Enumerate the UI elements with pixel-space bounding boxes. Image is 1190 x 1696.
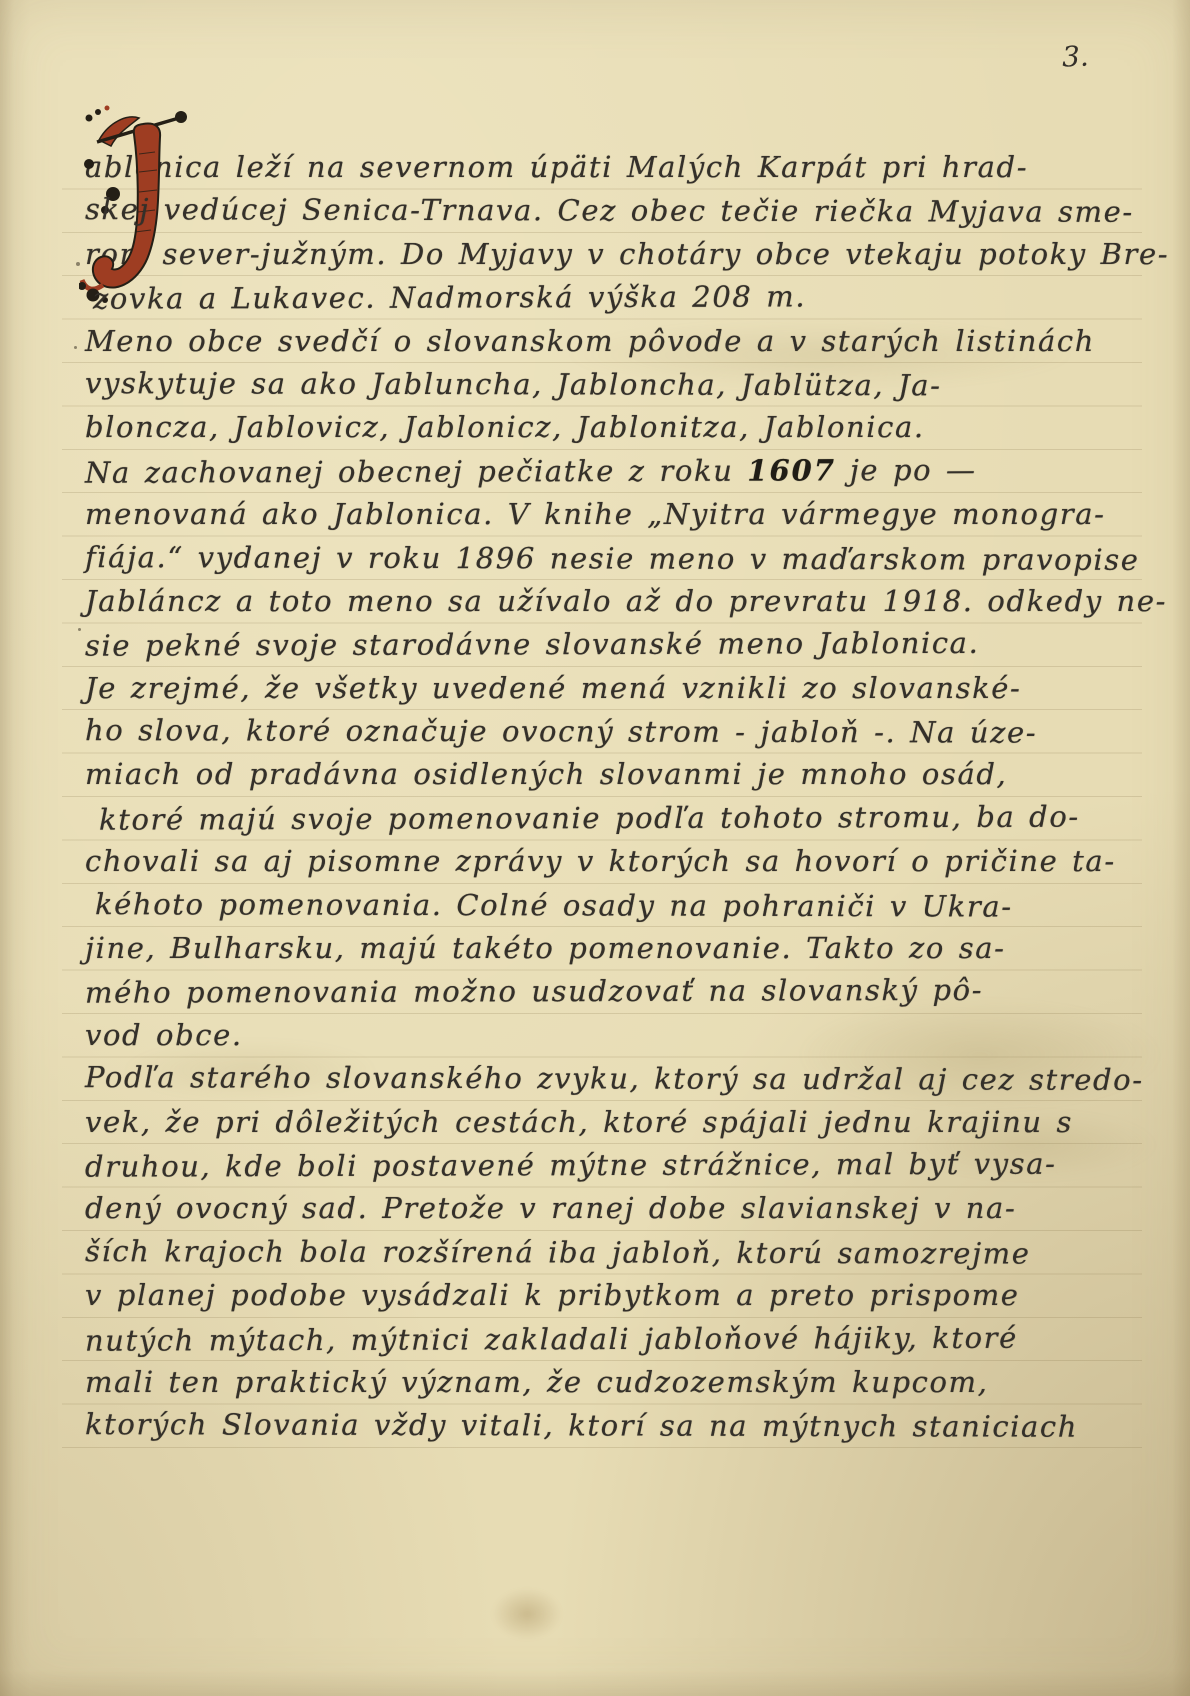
text-line: rom sever-južným. Do Myjavy v chotáry ob… [85, 233, 1145, 276]
text-line: Je zrejmé, že všetky uvedené mená vznikl… [85, 667, 1145, 710]
text-line: nutých mýtach, mýtnici zakladali jabloňo… [85, 1316, 1145, 1363]
text-line: ktorých Slovania vždy vitali, ktorí sa n… [85, 1403, 1145, 1449]
text-line-with-year: Na zachovanej obecnej pečiatke z roku 16… [85, 448, 1145, 495]
text-line: chovali sa aj pisomne zprávy v ktorých s… [85, 840, 1145, 883]
ink-speck [74, 346, 77, 349]
text-line: ho slova, ktoré označuje ovocný strom - … [85, 709, 1145, 755]
ink-speck [78, 628, 81, 631]
text-line: ších krajoch bola rozšírená iba jabloň, … [85, 1230, 1145, 1276]
text-line: vek, že pri dôležitých cestách, ktoré sp… [85, 1101, 1145, 1144]
body-text: ablonica leží na severnom úpäti Malých K… [85, 146, 1145, 1448]
text-segment: je po — [836, 453, 977, 487]
text-line: ktoré majú svoje pomenovanie podľa tohot… [99, 795, 1145, 842]
text-line: sie pekné svoje starodávne slovanské men… [85, 622, 1145, 669]
text-line: ablonica leží na severnom úpäti Malých K… [85, 146, 1145, 189]
text-line: jine, Bulharsku, majú takéto pomenovanie… [85, 927, 1145, 970]
page-number: 3. [1061, 40, 1089, 74]
text-line: v planej podobe vysádzali k pribytkom a … [85, 1274, 1145, 1317]
text-line: menovaná ako Jablonica. V knihe „Nyitra … [85, 493, 1145, 536]
ink-speck [76, 262, 80, 266]
text-line: Jabláncz a toto meno sa užívalo až do pr… [85, 580, 1145, 623]
text-line: miach od pradávna osidlených slovanmi je… [85, 753, 1145, 796]
manuscript-page: 3. [0, 0, 1190, 1696]
text-line: vyskytuje sa ako Jabluncha, Jabloncha, J… [85, 362, 1145, 408]
text-line: vod obce. [85, 1014, 1145, 1057]
text-line: mého pomenovania možno usudzovať na slov… [85, 969, 1145, 1016]
text-line: bloncza, Jablovicz, Jablonicz, Jablonitz… [85, 406, 1145, 449]
text-line: fiája.“ vydanej v roku 1896 nesie meno v… [85, 536, 1145, 582]
text-line: zovka a Lukavec. Nadmorská výška 208 m. [93, 275, 1145, 322]
text-line: skej vedúcej Senica-Trnava. Cez obec teč… [85, 189, 1145, 235]
text-line: dený ovocný sad. Pretože v ranej dobe sl… [85, 1187, 1145, 1230]
text-line: Podľa starého slovanského zvyku, ktorý s… [85, 1056, 1145, 1102]
text-line: Meno obce svedčí o slovanskom pôvode a v… [85, 320, 1145, 363]
text-line: druhou, kde boli postavené mýtne strážni… [85, 1142, 1145, 1189]
paper-stain [492, 1588, 562, 1640]
text-line: kéhoto pomenovania. Colné osady na pohra… [95, 883, 1145, 929]
text-segment: Na zachovanej obecnej pečiatke z roku [85, 453, 747, 489]
seal-year: 1607 [747, 453, 836, 487]
text-line: mali ten praktický význam, že cudzozemsk… [85, 1361, 1145, 1404]
